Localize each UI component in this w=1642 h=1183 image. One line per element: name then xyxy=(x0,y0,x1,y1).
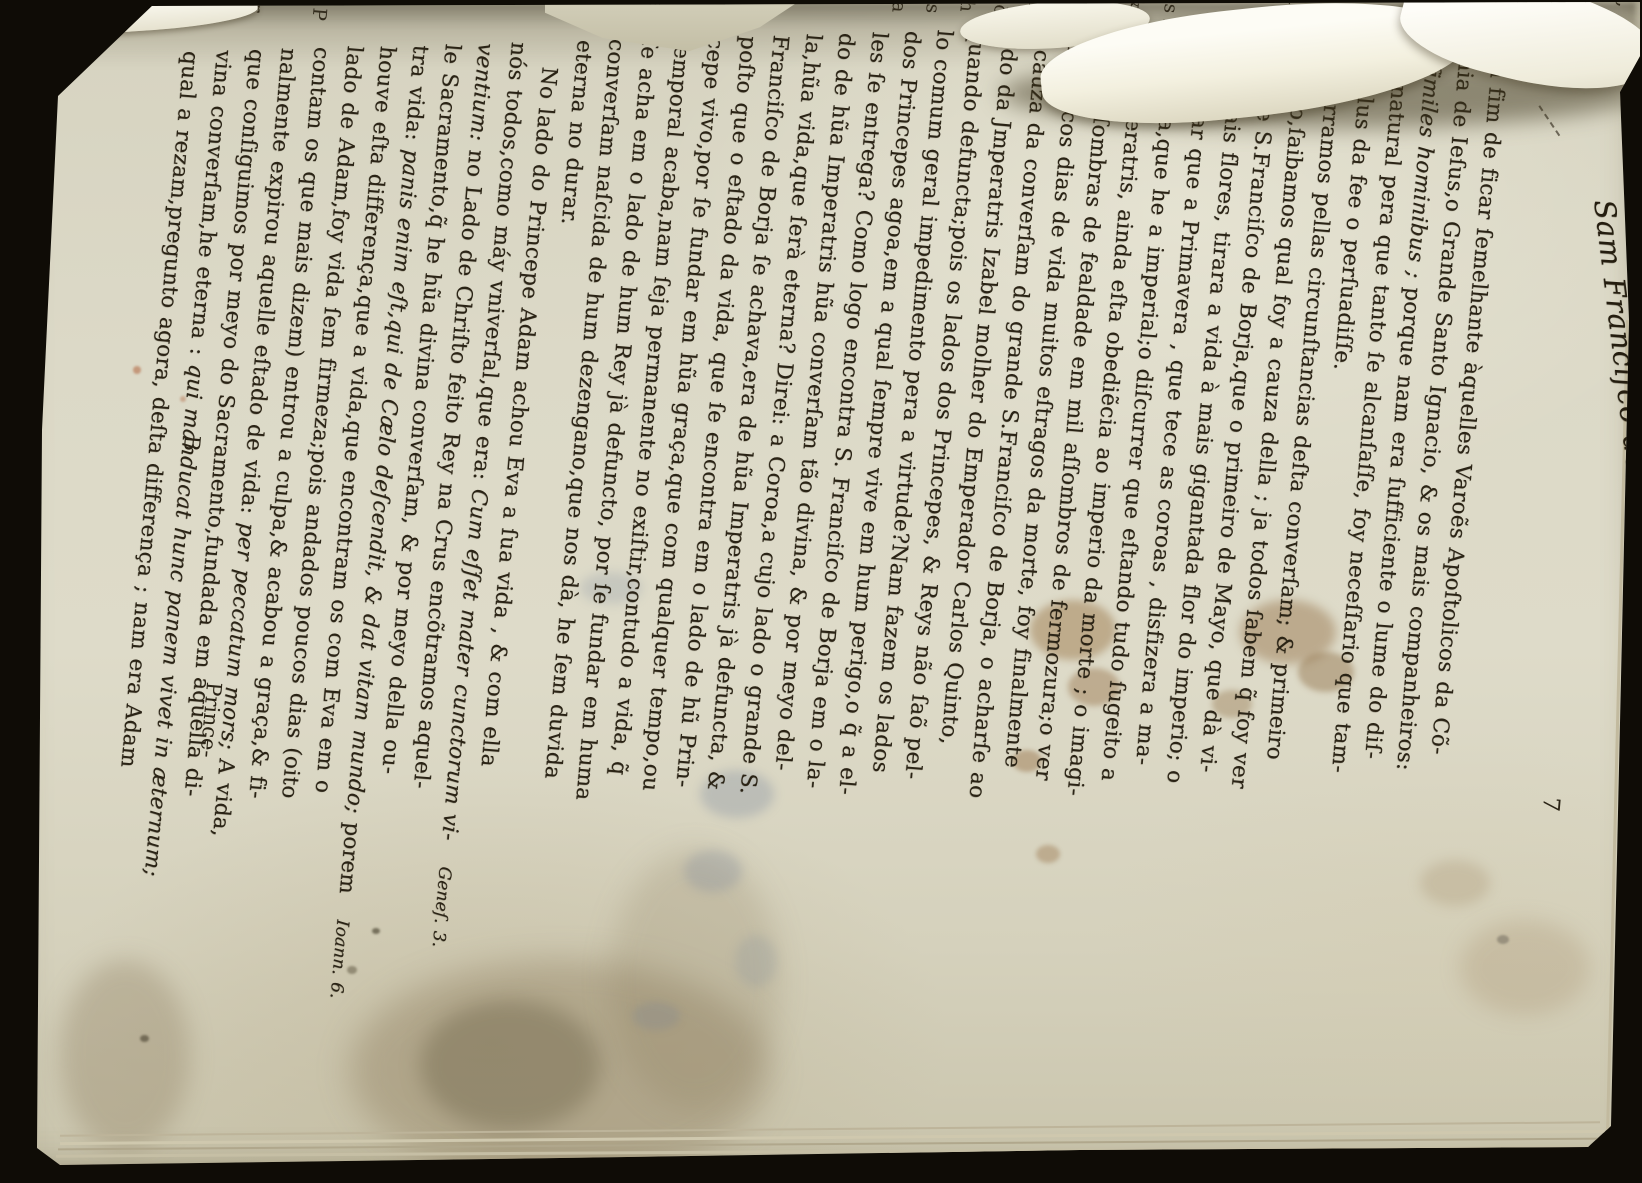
catchword: Prince- xyxy=(196,681,224,758)
folio-number: 7 xyxy=(1538,796,1562,813)
text-segment: ventium: xyxy=(465,42,498,142)
text-segment: porem xyxy=(333,812,365,894)
text-line: eterna no durar. xyxy=(557,39,595,226)
running-header: Sam Franciſco de Borja. xyxy=(1589,198,1642,578)
margin-note: Geneſ. 3. xyxy=(428,866,455,949)
text-segment: Sam Franciſco de Borja. xyxy=(1587,198,1642,578)
text-segment: A vida, xyxy=(207,749,240,838)
edge-text-fragment: ra xyxy=(888,0,909,13)
margin-note: Ioann. 6. xyxy=(325,918,352,999)
book-photo-stage: Sam Franciſco de Borja.eſte,a fim de fic… xyxy=(0,0,1642,1183)
edge-text-fragment: e xyxy=(278,0,298,4)
edge-text-fragment: th xyxy=(956,0,977,13)
text-segment: tra vida: xyxy=(399,44,433,151)
signature-mark: B xyxy=(179,434,202,452)
edge-text-fragment: os xyxy=(922,0,943,14)
page-text: Sam Franciſco de Borja.eſte,a fim de fic… xyxy=(0,0,1642,1183)
edge-text-fragment: s P xyxy=(309,0,330,21)
edge-text-fragment: s, xyxy=(1614,0,1634,9)
book-page: Sam Franciſco de Borja.eſte,a fim de fic… xyxy=(0,0,1642,1183)
